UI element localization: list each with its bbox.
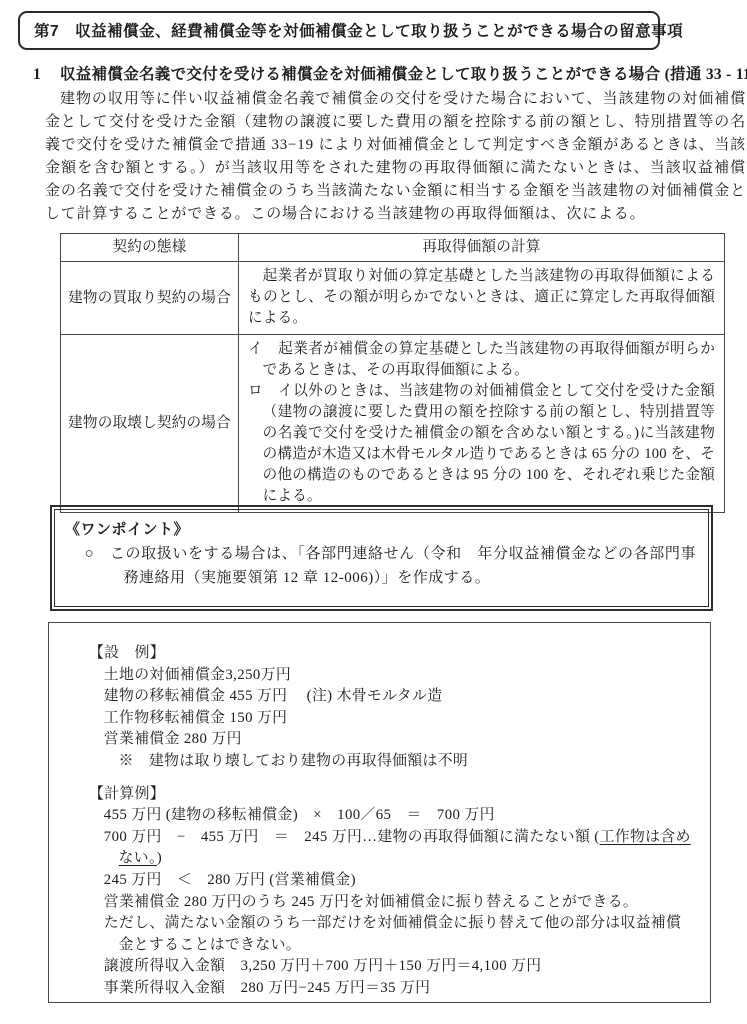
table-header-contract-type: 契約の態様	[61, 234, 239, 262]
one-point-title: 《ワンポイント》	[65, 518, 696, 542]
calc-line-5: ただし、満たない金額のうち一部だけを対価補償金に振り替えて他の部分は収益補償金と…	[104, 913, 692, 956]
keisanrei-title: 【計算例】	[89, 784, 692, 806]
reacquisition-table: 契約の態様 再取得価額の計算 建物の買取り契約の場合 起業者が買取り対価の算定基…	[60, 233, 725, 513]
one-point-box: 《ワンポイント》 ○ この取扱いをする場合は、「各部門連絡せん（令和 年分収益補…	[50, 505, 713, 611]
example-box: 【設 例】 土地の対価補償金3,250万円 建物の移転補償金 455 万円 (注…	[48, 622, 711, 1003]
calc-line-2-suffix: )	[157, 850, 162, 866]
setsurei-note: ※ 建物は取り壊しており建物の再取得価額は不明	[89, 751, 692, 773]
calc-text: 起業者が買取り対価の算定基礎とした当該建物の再取得価額によるものとし、その額が明…	[248, 266, 715, 329]
table-header-row: 契約の態様 再取得価額の計算	[61, 234, 725, 262]
setsurei-line: 工作物移転補償金 150 万円	[89, 708, 692, 730]
document-title: 第7 収益補償金、経費補償金等を対価補償金として取り扱うことができる場合の留意事…	[34, 23, 683, 40]
document-title-box: 第7 収益補償金、経費補償金等を対価補償金として取り扱うことができる場合の留意事…	[18, 11, 660, 50]
table-row: 建物の取壊し契約の場合 イ 起業者が補償金の算定基礎とした当該建物の再取得価額が…	[61, 335, 725, 513]
section1-body-paragraph: 建物の収用等に伴い収益補償金名義で補償金の交付を受けた場合において、当該建物の対…	[45, 88, 746, 225]
table-cell-calc: イ 起業者が補償金の算定基礎とした当該建物の再取得価額が明らかであるときは、その…	[239, 335, 725, 513]
calc-line-7: 事業所得収入金額 280 万円−245 万円＝35 万円	[104, 978, 692, 1000]
calc-line-6: 譲渡所得収入金額 3,250 万円＋700 万円＋150 万円＝4,100 万円	[104, 956, 692, 978]
section1-number: 1	[33, 66, 60, 84]
one-point-box-inner: 《ワンポイント》 ○ この取扱いをする場合は、「各部門連絡せん（令和 年分収益補…	[54, 509, 709, 607]
calc-line-2-prefix: 700 万円 − 455 万円 ＝ 245 万円…建物の再取得価額に満たない額 …	[104, 829, 600, 845]
setsurei-line: 土地の対価補償金3,250万円	[89, 665, 692, 687]
calc-line-2: 700 万円 − 455 万円 ＝ 245 万円…建物の再取得価額に満たない額 …	[104, 827, 692, 870]
table-header-calc: 再取得価額の計算	[239, 234, 725, 262]
setsurei-line: 建物の移転補償金 455 万円 (注) 木骨モルタル造	[89, 686, 692, 708]
section1-heading-text: 収益補償金名義で交付を受ける補償金を対価補償金として取り扱うことができる場合 (…	[60, 66, 747, 83]
table-cell-contract-type: 建物の買取り契約の場合	[61, 262, 239, 335]
setsurei-line: 営業補償金 280 万円	[89, 729, 692, 751]
table-cell-calc: 起業者が買取り対価の算定基礎とした当該建物の再取得価額によるものとし、その額が明…	[239, 262, 725, 335]
table-cell-contract-type: 建物の取壊し契約の場合	[61, 335, 239, 513]
one-point-text: ○ この取扱いをする場合は、「各部門連絡せん（令和 年分収益補償金などの各部門事…	[65, 542, 696, 590]
calc-line-4: 営業補償金 280 万円のうち 245 万円を対価補償金に振り替えることができる…	[104, 892, 692, 914]
calc-item-i: イ 起業者が補償金の算定基礎とした当該建物の再取得価額が明らかであるときは、その…	[248, 339, 715, 381]
calc-line-1: 455 万円 (建物の移転補償金) × 100／65 ＝ 700 万円	[104, 805, 692, 827]
table-row: 建物の買取り契約の場合 起業者が買取り対価の算定基礎とした当該建物の再取得価額に…	[61, 262, 725, 335]
setsurei-title: 【設 例】	[89, 643, 692, 665]
calc-item-ro: ロ イ以外のときは、当該建物の対価補償金として交付を受けた金額（建物の譲渡に要し…	[248, 381, 715, 507]
calc-line-3: 245 万円 ＜ 280 万円 (営業補償金)	[104, 870, 692, 892]
section1-heading: 1収益補償金名義で交付を受ける補償金を対価補償金として取り扱うことができる場合 …	[33, 62, 745, 84]
